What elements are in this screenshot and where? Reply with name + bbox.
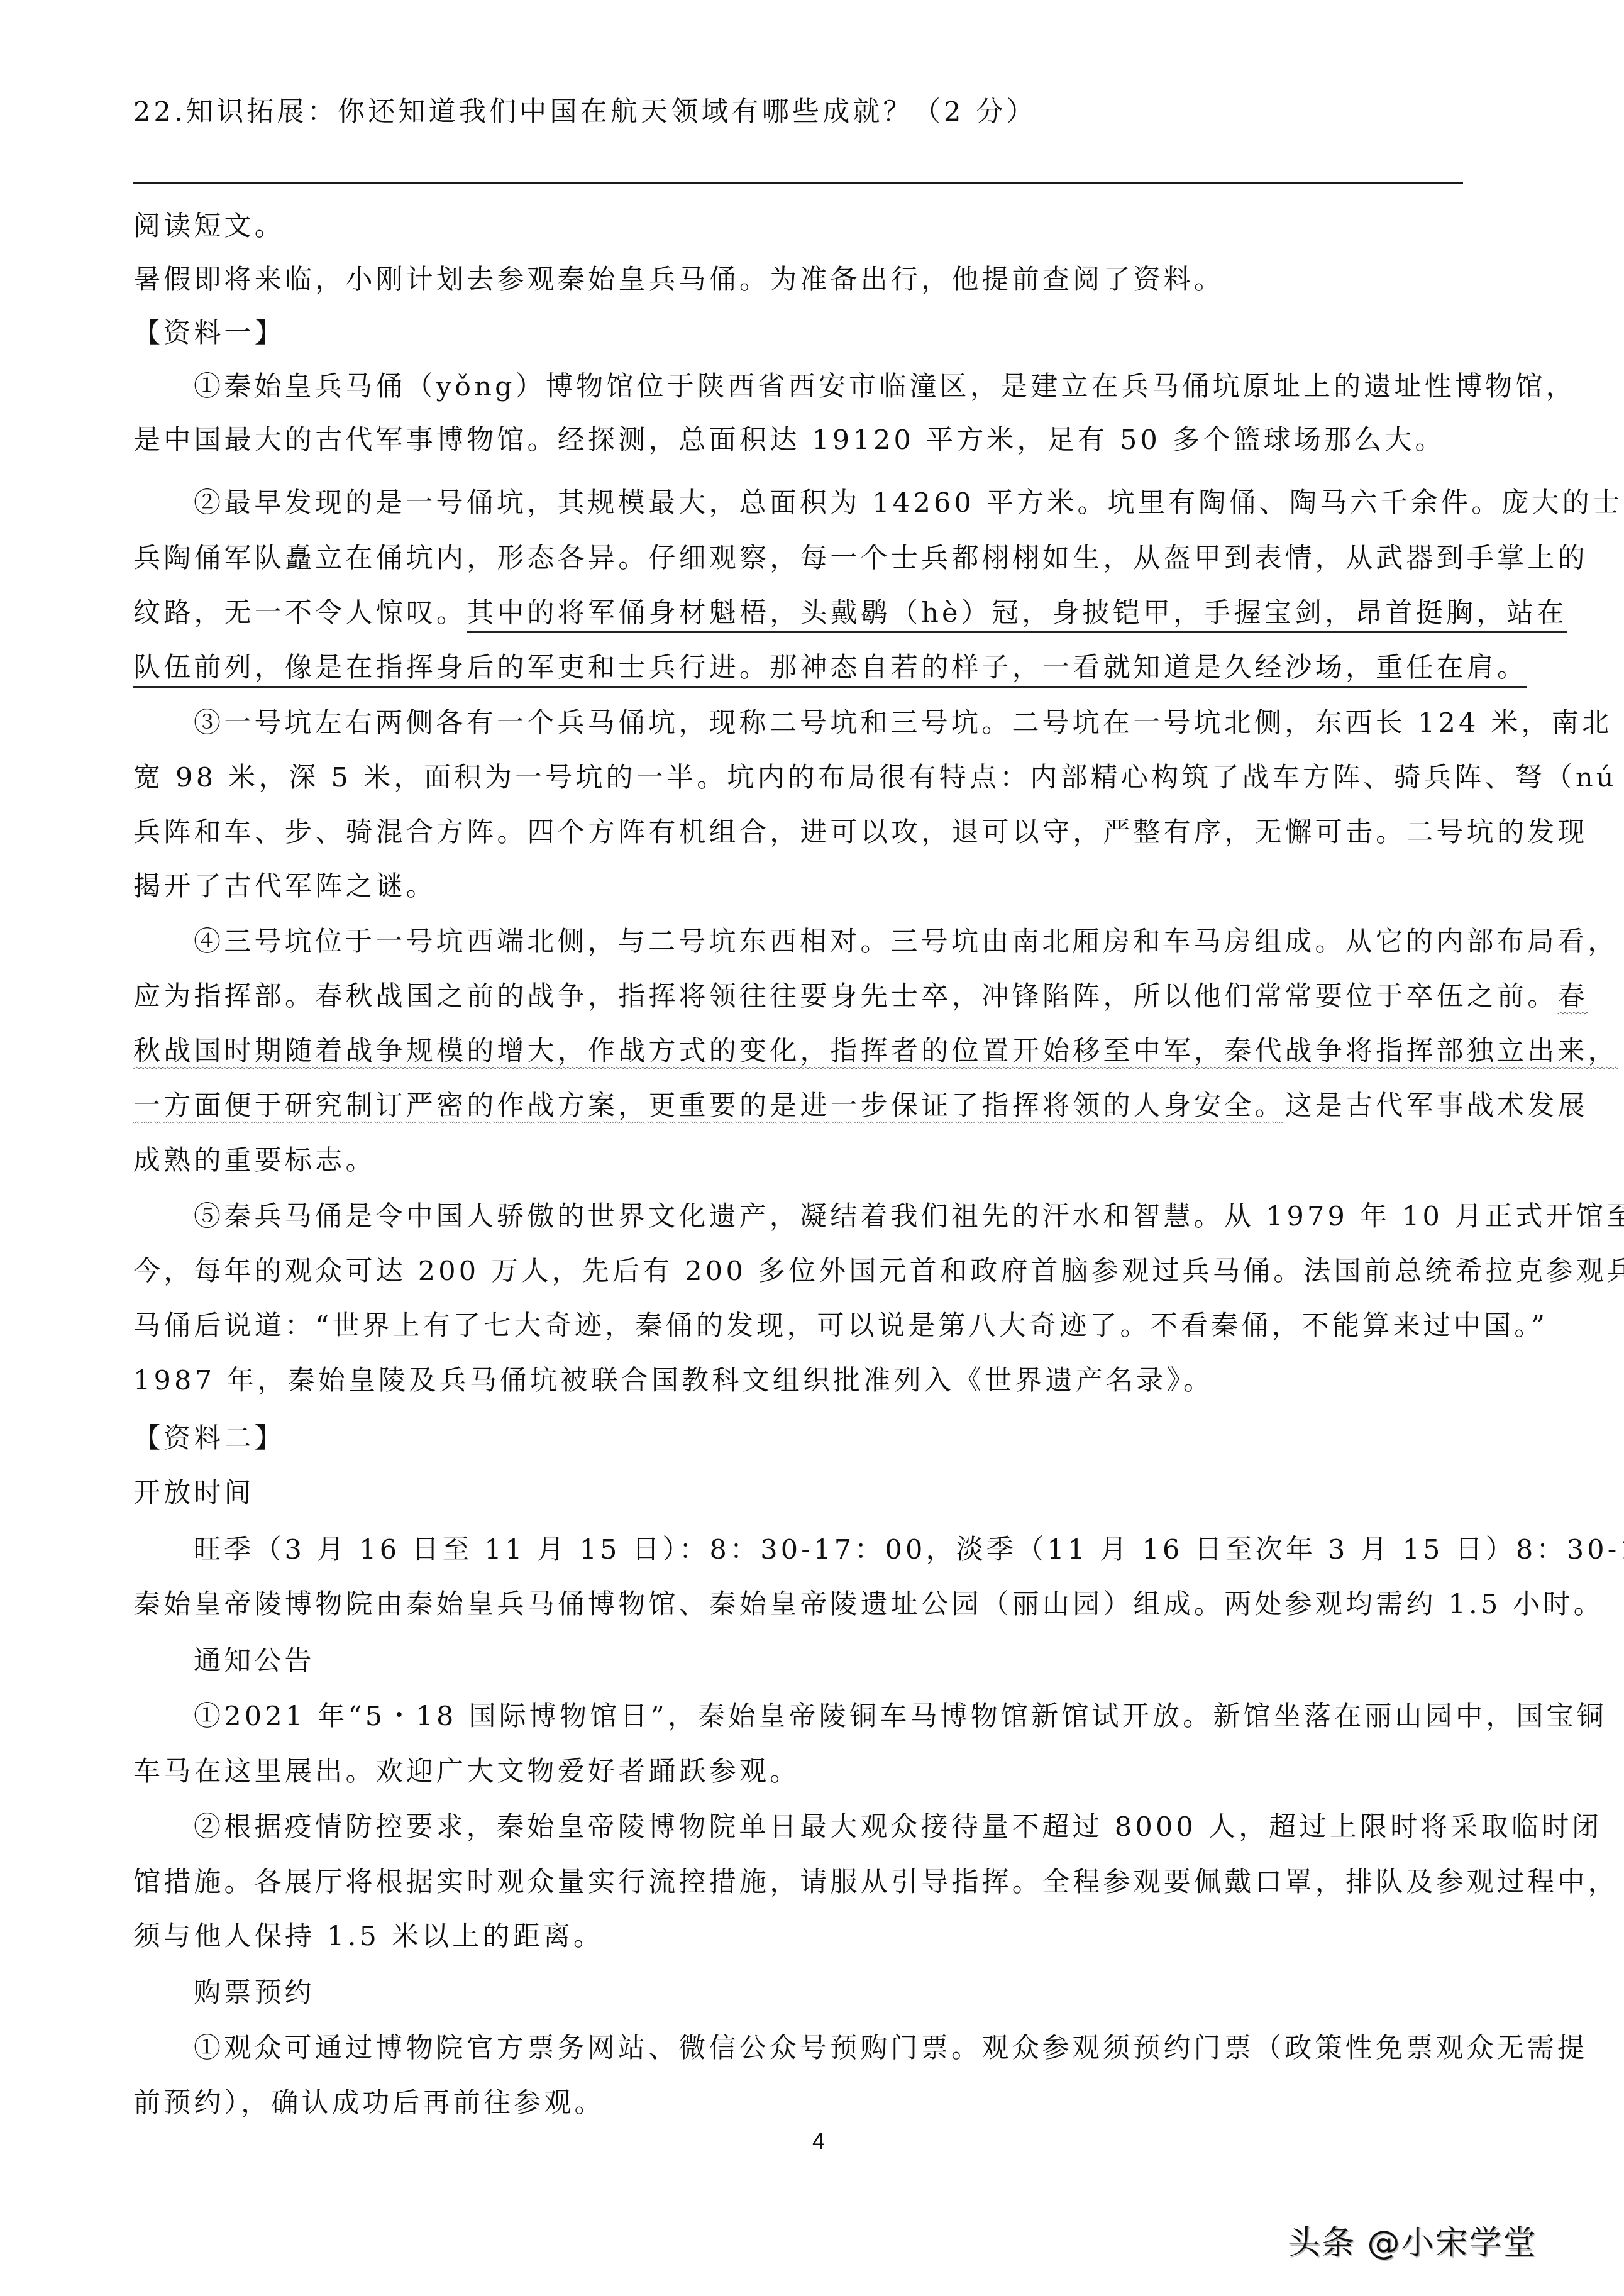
- wavy-underlined-sentence: 春: [1557, 981, 1588, 1012]
- underlined-sentence: 其中的将军俑身材魁梧，头戴鹖（hè）冠，身披铠甲，手握宝剑，昂首挺胸，站在: [467, 597, 1567, 633]
- question-22: 22.知识拓展：你还知道我们中国在航天领域有哪些成就？（2 分）: [133, 93, 1510, 131]
- reading-heading: 阅读短文。: [133, 207, 1510, 245]
- page-number: 4: [812, 2128, 825, 2155]
- question-text: 知识拓展：你还知道我们中国在航天领域有哪些成就？（2 分）: [186, 96, 1037, 128]
- wavy-underlined-sentence: 秋战国时期随着战争规模的增大，作战方式的变化，指挥者的位置开始移至中军，秦代战争…: [133, 1035, 1618, 1067]
- watermark: 头条 @小宋学堂: [1288, 2216, 1537, 2263]
- material-2-title: 【资料二】: [133, 1420, 1510, 1457]
- reading-lead: 暑假即将来临，小刚计划去参观秦始皇兵马俑。为准备出行，他提前查阅了资料。: [133, 261, 1510, 299]
- ticket-heading: 购票预约: [133, 1974, 1510, 2012]
- underlined-sentence: 队伍前列，像是在指挥身后的军吏和士兵行进。那神态自若的样子，一看就知道是久经沙场…: [133, 652, 1527, 688]
- material-1-title: 【资料一】: [133, 314, 1510, 352]
- answer-line[interactable]: [133, 182, 1463, 184]
- question-number: 22.: [133, 96, 186, 128]
- opening-hours-heading: 开放时间: [133, 1474, 1510, 1512]
- wavy-underlined-sentence: 一方面便于研究制订严密的作战方案，更重要的是进一步保证了指挥将领的人身安全。: [133, 1090, 1285, 1122]
- notice-heading: 通知公告: [133, 1642, 1510, 1680]
